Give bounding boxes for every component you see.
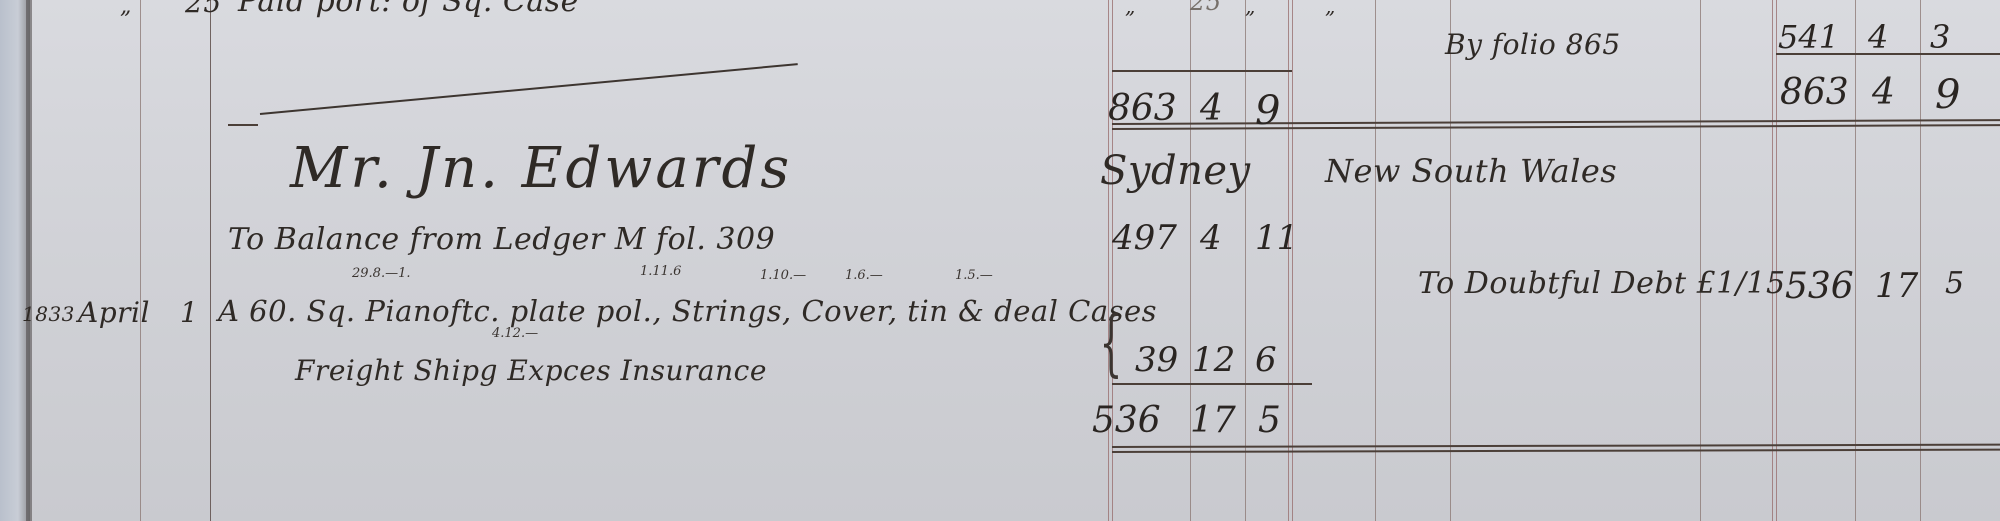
rule-debit-subtotal: [1112, 383, 1312, 385]
rule-year-col: [140, 0, 141, 521]
entry-shillings: 4: [1200, 218, 1222, 258]
subamount-strings: 1.10.—: [760, 268, 806, 283]
subamount-freight: 4.12.—: [492, 326, 538, 341]
top-day: 25: [185, 0, 222, 19]
ditto-mark: „: [120, 0, 132, 19]
rule-debit-left-2: [1112, 0, 1113, 521]
subamount-cover: 1.6.—: [845, 268, 883, 283]
top-faint-25: 25: [1190, 0, 1222, 16]
subamount-plate: 1.11.6: [640, 264, 681, 279]
rule-credit-shillings: [1855, 0, 1856, 521]
rule-prior-debit-sum: [1112, 70, 1292, 72]
credit-entry-pence: 5: [1945, 266, 1964, 301]
subamount-cases: 1.5.—: [955, 268, 993, 283]
entry-pounds: 39: [1135, 340, 1178, 380]
account-city: Sydney: [1100, 148, 1251, 194]
rule-debit-right-2: [1292, 0, 1293, 521]
rule-account-dash: [228, 124, 258, 126]
rule-debit-pence: [1245, 0, 1246, 521]
credit-entry-pounds: 536: [1785, 266, 1854, 307]
prior-debit-shillings: 4: [1200, 88, 1223, 129]
prior-debit-pounds: 863: [1108, 88, 1177, 129]
rule-credit-pence: [1920, 0, 1921, 521]
rule-debit-right: [1288, 0, 1289, 521]
top-ditto-1: „: [1125, 0, 1136, 18]
entry-text: To Balance from Ledger M fol. 309: [228, 222, 775, 257]
rule-credit-day: [1450, 0, 1451, 521]
page-gutter-shadow: [26, 0, 32, 521]
top-ditto-3: „: [1325, 0, 1336, 18]
debit-total-pounds: 536: [1092, 400, 1161, 441]
prior-credit-total-pence: 9: [1935, 72, 1960, 118]
prior-credit-shillings: 4: [1868, 18, 1888, 56]
rule-credit-folio: [1700, 0, 1701, 521]
rule-debit-shillings: [1190, 0, 1191, 521]
prior-debit-pence: 9: [1255, 88, 1280, 134]
cancel-stroke: [260, 63, 798, 115]
rule-credit-amount-left: [1772, 0, 1773, 521]
debit-total-shillings: 17: [1190, 400, 1236, 441]
prior-credit-total-shillings: 4: [1872, 72, 1895, 113]
entry-pence: 11: [1255, 218, 1298, 258]
top-entry-text: Paid port: of Sq. Case: [238, 0, 579, 19]
rule-day-col: [210, 0, 211, 521]
credit-entry-shillings: 17: [1875, 266, 1918, 306]
entry-pounds: 497: [1112, 218, 1177, 258]
account-region: New South Wales: [1325, 152, 1617, 190]
rule-debit-left: [1108, 0, 1109, 521]
prior-credit-total-pounds: 863: [1780, 72, 1849, 113]
subamount-piano: 29.8.—1.: [352, 266, 410, 281]
entry-year: 1833: [22, 302, 75, 326]
grouping-brace: {: [1099, 300, 1122, 384]
entry-pence: 6: [1255, 340, 1277, 380]
debit-total-pence: 5: [1258, 400, 1281, 441]
entry-month: April: [78, 296, 150, 329]
credit-entry-text: To Doubtful Debt £1/15: [1418, 266, 1786, 301]
entry-day: 1: [180, 296, 198, 329]
credit-folio-text: By folio 865: [1445, 28, 1621, 61]
prior-credit-pounds: 541: [1778, 18, 1839, 56]
account-name: Mr. Jn. Edwards: [290, 136, 792, 201]
entry-text: A 60. Sq. Pianoftc. plate pol., Strings,…: [218, 294, 1157, 328]
prior-credit-pence: 3: [1930, 18, 1950, 56]
entry-shillings: 12: [1192, 340, 1235, 380]
rule-credit-amount-left-2: [1776, 0, 1777, 521]
rule-credit-date: [1375, 0, 1376, 521]
entry-text: Freight Shipg Expces Insurance: [295, 354, 767, 387]
top-ditto-2: „: [1245, 0, 1256, 18]
